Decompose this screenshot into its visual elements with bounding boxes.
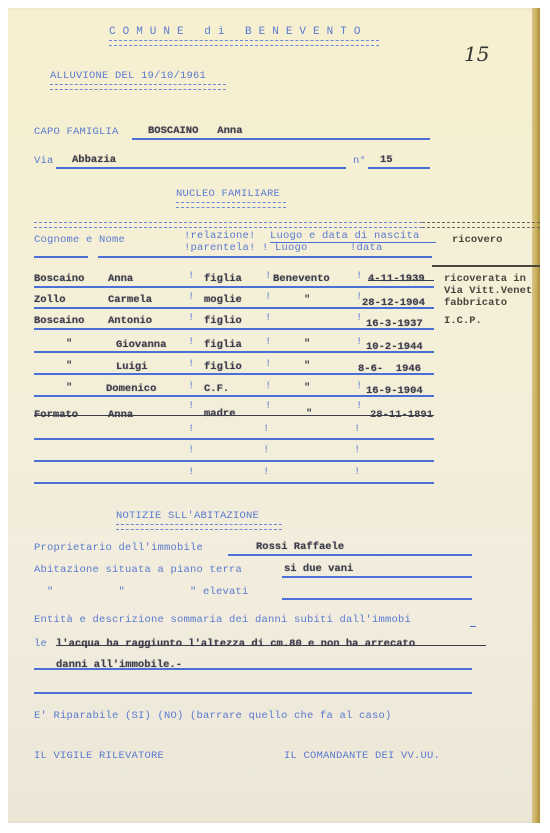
row-3-line: [34, 328, 434, 330]
damage-value-1: l'acqua ha raggiunto l'altezza di cm.80 …: [56, 638, 415, 650]
header-rule-shelter: [432, 265, 540, 267]
col-separator: !: [263, 423, 269, 435]
row-1-relation: figlia: [204, 273, 242, 285]
col-separator: !: [265, 336, 271, 348]
event-title: ALLUVIONE DEL 19/10/1961: [50, 70, 206, 82]
col-separator: !: [188, 312, 194, 324]
col-separator: !: [263, 444, 269, 456]
row-6-name: Domenico: [106, 383, 156, 395]
row-3-surname: Boscaino: [34, 315, 84, 327]
ground-floor-value: si due vani: [284, 563, 353, 575]
col-separator: !: [356, 270, 362, 282]
col-separator: !: [356, 380, 362, 392]
col-separator: !: [265, 380, 271, 392]
table-top-rule-shelter: [422, 222, 540, 228]
col-separator: !: [356, 312, 362, 324]
street-label: Via: [34, 155, 54, 167]
row-4-line: [34, 351, 434, 353]
col-separator: !: [263, 466, 269, 478]
row-6-line: [34, 395, 434, 397]
col-separator: !: [354, 423, 360, 435]
col-header-birth: Luogo e data di nascita: [270, 230, 420, 242]
dwelling-title-underline: [116, 524, 282, 530]
col-separator: !: [188, 270, 194, 282]
shelter-note-2: Via Vitt.Venet: [444, 285, 532, 297]
house-number-label: n°: [353, 155, 366, 167]
row-5-line: [34, 373, 434, 375]
row-3-name: Antonio: [108, 315, 152, 327]
row-2-relation: moglie: [204, 294, 242, 306]
document-page: C O M U N E d i B E N E V E N T O 15 ALL…: [8, 8, 540, 823]
col-separator: !: [188, 336, 194, 348]
row-7-relation: madre: [204, 408, 236, 420]
col-separator: !: [265, 312, 271, 324]
dwelling-section-title: NOTIZIE SLL'ABITAZIONE: [116, 510, 259, 522]
col-separator: !: [356, 400, 362, 412]
owner-line: [228, 554, 472, 556]
damage-line-2: [34, 668, 472, 670]
col-header-shelter: ricovero: [452, 234, 502, 246]
col-separator: !: [188, 444, 194, 456]
row-6-relation: C.F.: [204, 383, 229, 395]
row-6-place: ": [304, 382, 310, 394]
row-5-surname: ": [66, 360, 72, 372]
col-separator: !: [188, 466, 194, 478]
col-header-date: !data: [350, 242, 383, 254]
row-1-place: Benevento: [273, 273, 330, 285]
damage-value-1-strike: [56, 645, 486, 646]
shelter-note-3: fabbricato: [444, 297, 507, 309]
col-header-relation-2: !parentela!: [184, 242, 256, 254]
signature-left: IL VIGILE RILEVATORE: [34, 750, 164, 762]
owner-value: Rossi Raffaele: [256, 541, 344, 553]
title-double-underline: [109, 40, 379, 46]
row-1-name: Anna: [108, 273, 133, 285]
row-2-place: ": [304, 294, 310, 306]
col-header-name: Cognome e Nome: [34, 234, 125, 246]
municipality-title: C O M U N E d i B E N E V E N T O: [109, 26, 361, 38]
house-number-line: [368, 167, 430, 169]
ground-floor-line: [282, 576, 472, 578]
row-6-surname: ": [66, 382, 72, 394]
damage-label-2: le: [34, 638, 47, 650]
row-4-relation: figlia: [204, 339, 242, 351]
col-separator: !: [265, 291, 271, 303]
row-3-relation: figlio: [204, 315, 242, 327]
col-separator: !: [188, 291, 194, 303]
row-5-relation: figlio: [204, 361, 242, 373]
row-5-name: Luigi: [116, 361, 148, 373]
row-5-place: ": [304, 360, 310, 372]
row-4-place: ": [304, 338, 310, 350]
head-of-family-label: CAPO FAMIGLIA: [34, 126, 119, 138]
damage-line-3: [34, 692, 472, 694]
row-7-strike: [34, 415, 434, 416]
col-separator: !: [354, 466, 360, 478]
head-of-family-value: BOSCAINO Anna: [148, 125, 243, 137]
col-separator: !: [188, 400, 194, 412]
damage-label-1: Entità e descrizione sommaria dei danni …: [34, 614, 411, 626]
col-header-relation-1: !relazione!: [184, 230, 256, 242]
header-rule-2: [98, 256, 432, 258]
empty-row-line-3: [34, 482, 434, 484]
row-1-surname: Boscaino: [34, 273, 84, 285]
row-1-date: 4-11-1939: [368, 273, 425, 285]
repairable-statement: E' Riparabile (SI) (NO) (barrare quello …: [34, 710, 392, 722]
family-title-underline: [176, 202, 286, 208]
col-separator: !: [354, 444, 360, 456]
shelter-note-1: ricoverata in: [444, 273, 526, 285]
empty-row-line-1: [34, 438, 434, 440]
head-of-family-line: [132, 138, 430, 140]
col-separator: !: [265, 270, 271, 282]
row-4-name: Giovanna: [116, 339, 166, 351]
col-header-place: ! Luogo: [262, 242, 308, 254]
col-separator: !: [356, 336, 362, 348]
row-7-place: ": [306, 408, 312, 420]
handwritten-page-number: 15: [464, 42, 489, 66]
family-section-title: NUCLEO FAMILIARE: [176, 188, 280, 200]
col-separator: !: [188, 380, 194, 392]
row-2-line: [34, 307, 434, 309]
street-line: [56, 167, 346, 169]
col-separator: !: [265, 400, 271, 412]
col-separator: !: [188, 358, 194, 370]
header-rule-1: [34, 256, 88, 258]
signature-right: IL COMANDANTE DEI VV.UU.: [284, 750, 440, 762]
page-edge: [532, 8, 540, 823]
ground-floor-label: Abitazione situata a piano terra: [34, 564, 242, 576]
event-underline: [50, 84, 226, 90]
damage-label-underline: [470, 626, 476, 627]
shelter-note-4: I.C.P.: [444, 315, 482, 327]
street-value: Abbazia: [72, 154, 116, 166]
row-1-date-strike: [368, 280, 434, 281]
row-4-surname: ": [66, 338, 72, 350]
house-number-value: 15: [380, 154, 393, 166]
owner-label: Proprietario dell'immobile: [34, 542, 203, 554]
col-separator: !: [188, 423, 194, 435]
empty-row-line-2: [34, 460, 434, 462]
row-2-surname: Zollo: [34, 294, 66, 306]
row-2-name: Carmela: [108, 294, 152, 306]
col-separator: !: [265, 358, 271, 370]
upper-floors-line: [282, 598, 472, 600]
row-1-line: [34, 286, 434, 288]
upper-floors-label: " " " elevati: [34, 586, 249, 598]
table-top-rule: [34, 222, 422, 228]
